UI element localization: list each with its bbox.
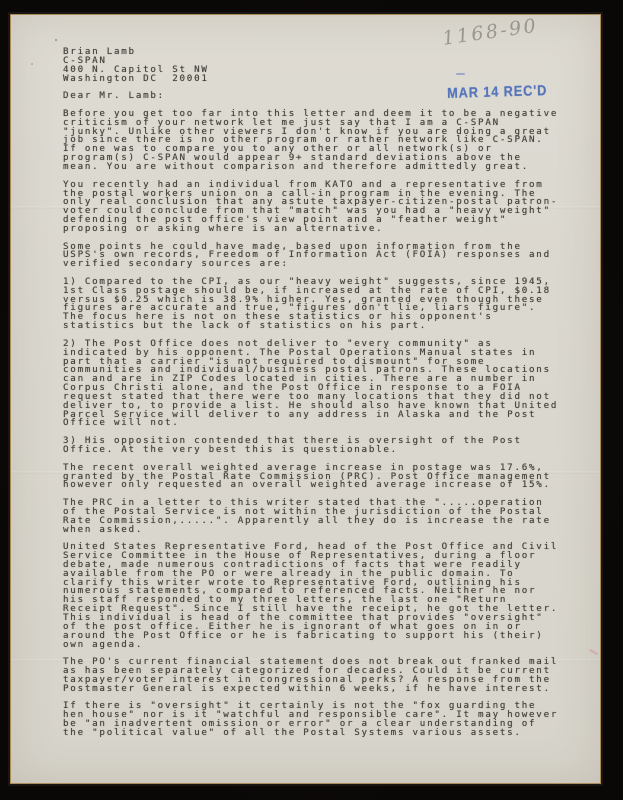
pencil-speck	[31, 63, 33, 65]
recipient-address: Brian Lamb C-SPAN 400 N. Capitol St NW W…	[63, 48, 577, 83]
letter-body: Brian Lamb C-SPAN 400 N. Capitol St NW W…	[63, 48, 577, 747]
pencil-speck	[55, 39, 57, 41]
letter-paragraph: Before you get too far into this letter …	[63, 110, 577, 172]
letter-paragraph: 3) His opposition contended that there i…	[63, 437, 577, 455]
letter-paragraph: 2) The Post Office does not deliver to "…	[63, 340, 577, 428]
letter-paragraph: United States Representative Ford, head …	[63, 543, 577, 649]
pink-scratch-mark	[589, 649, 598, 655]
letter-page: 1168-90 MAR 14 REC'D Brian Lamb C-SPAN 4…	[10, 14, 601, 784]
letter-paragraph: The PRC in a letter to this writer state…	[63, 499, 577, 534]
letter-paragraph: The PO's current financial statement doe…	[63, 658, 577, 693]
letter-paragraph: Some points he could have made, based up…	[63, 243, 577, 270]
letter-paragraph: 1) Compared to the CPI, as our "heavy we…	[63, 278, 577, 331]
salutation: Dear Mr. Lamb:	[63, 92, 577, 101]
handwritten-archive-number: 1168-90	[441, 15, 540, 50]
letter-paragraph: The recent overall weighted average incr…	[63, 464, 577, 491]
letter-paragraph: If there is "oversight" it certainly is …	[63, 702, 577, 737]
scan-background: 1168-90 MAR 14 REC'D Brian Lamb C-SPAN 4…	[0, 0, 623, 800]
letter-paragraph: You recently had an individual from KATO…	[63, 181, 577, 234]
